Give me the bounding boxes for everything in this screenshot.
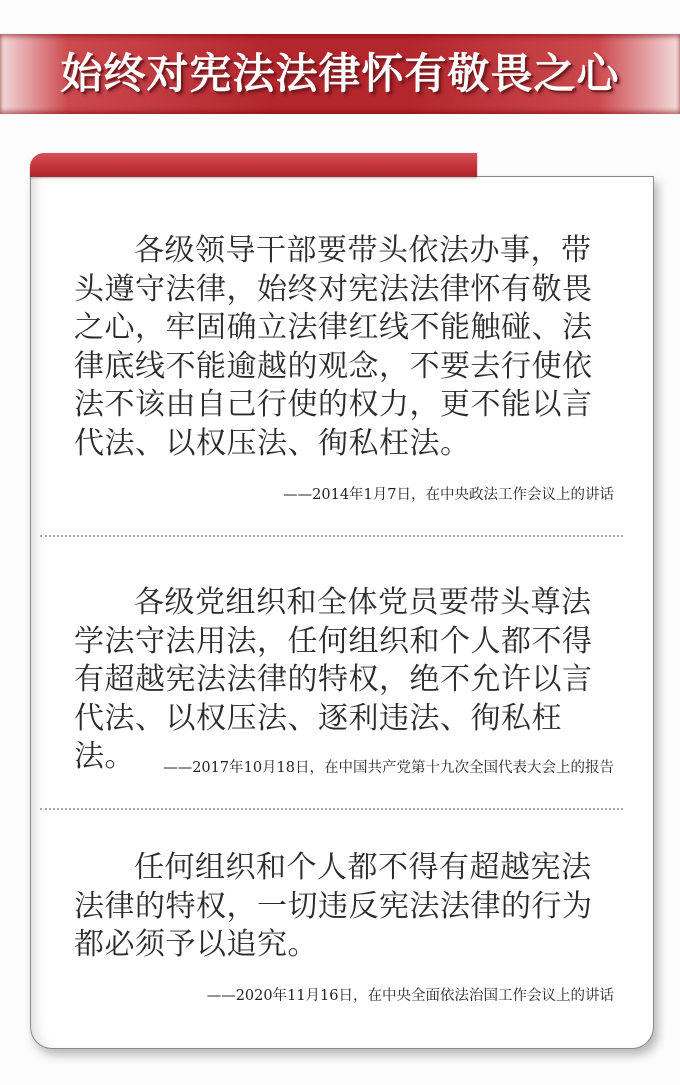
title-banner: 始终对宪法法律怀有敬畏之心	[0, 34, 680, 114]
quote-2: 各级党组织和全体党员要带头尊法学法守法用法，任何组织和个人都不得有超越宪法法律的…	[74, 584, 620, 777]
quote-1-source: ——2014年1月7日，在中央政法工作会议上的讲话	[283, 486, 614, 504]
quote-1-text: 各级领导干部要带头依法办事，带头遵守法律，始终对宪法法律怀有敬畏之心，牢固确立法…	[74, 232, 620, 463]
quote-3-source: ——2020年11月16日，在中央全面依法治国工作会议上的讲话	[207, 987, 614, 1005]
card-tab-accent	[30, 153, 477, 177]
divider-1	[40, 535, 623, 537]
quote-1: 各级领导干部要带头依法办事，带头遵守法律，始终对宪法法律怀有敬畏之心，牢固确立法…	[74, 232, 620, 463]
card-top-border	[477, 176, 653, 177]
quote-3-text: 任何组织和个人都不得有超越宪法法律的特权，一切违反宪法法律的行为都必须予以追究。	[74, 849, 620, 965]
quote-2-text: 各级党组织和全体党员要带头尊法学法守法用法，任何组织和个人都不得有超越宪法法律的…	[74, 584, 620, 777]
page-title: 始终对宪法法律怀有敬畏之心	[0, 50, 680, 98]
quote-2-source: ——2017年10月18日，在中国共产党第十九次全国代表大会上的报告	[163, 759, 614, 777]
quote-3: 任何组织和个人都不得有超越宪法法律的特权，一切违反宪法法律的行为都必须予以追究。	[74, 849, 620, 965]
divider-2	[40, 808, 623, 810]
